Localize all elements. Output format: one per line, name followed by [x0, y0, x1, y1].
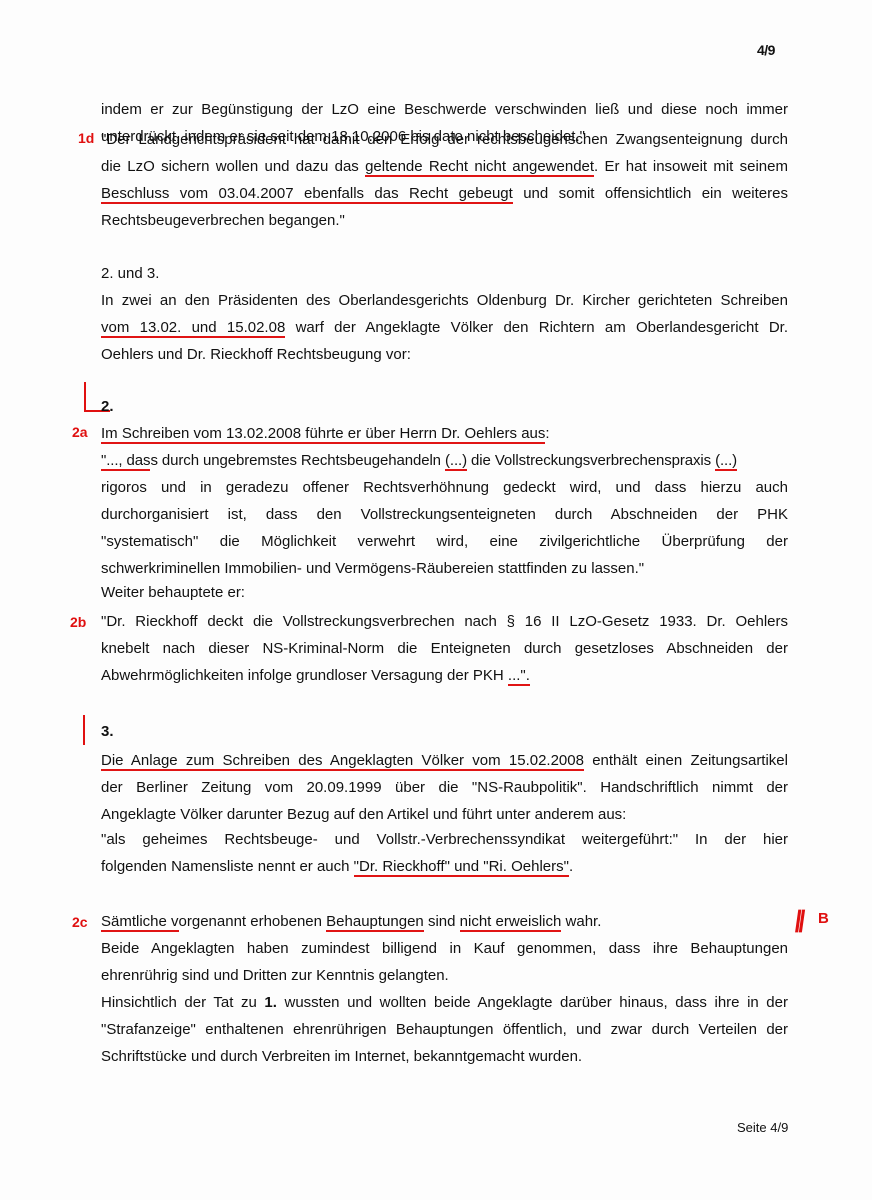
red-underline: (...) — [715, 452, 737, 471]
text-line: indem er zur Begünstigung der LzO eine B… — [101, 100, 788, 120]
annotation-double-bar: || — [793, 906, 804, 934]
text-line: In zwei an den Präsidenten des Oberlande… — [101, 291, 788, 311]
red-underline: geltende Recht nicht angewendet — [365, 158, 594, 177]
text-line: der Berliner Zeitung vom 20.09.1999 über… — [101, 778, 788, 798]
red-underline: Behauptungen — [326, 913, 424, 932]
text-line: Abwehrmöglichkeiten infolge grundloser V… — [101, 666, 788, 686]
text-line: rigoros und in geradezu offener Rechtsve… — [101, 478, 788, 498]
text-line: Schriftstücke und durch Verbreiten im In… — [101, 1047, 788, 1067]
text-line: durchorganisiert ist, dass den Vollstrec… — [101, 505, 788, 525]
annotation-2c: 2c — [72, 914, 88, 930]
text-line: Beschluss vom 03.04.2007 ebenfalls das R… — [101, 184, 788, 204]
red-underline: ...". — [508, 667, 530, 686]
text-line: "als geheimes Rechtsbeuge- und Vollstr.-… — [101, 830, 788, 850]
annotation-2a: 2a — [72, 424, 88, 440]
text-line: folgenden Namensliste nennt er auch "Dr.… — [101, 857, 788, 877]
text-line: "Dr. Rieckhoff deckt die Vollstreckungsv… — [101, 612, 788, 632]
red-underline: Sämtliche v — [101, 913, 179, 932]
text-line: Oehlers und Dr. Rieckhoff Rechtsbeugung … — [101, 345, 788, 365]
section-heading: 2. und 3. — [101, 264, 788, 284]
text-line: die LzO sichern wollen und dazu das gelt… — [101, 157, 788, 177]
page-number-footer: Seite 4/9 — [737, 1120, 788, 1135]
text-line: schwerkriminellen Immobilien- und Vermög… — [101, 559, 788, 579]
annotation-2b: 2b — [70, 614, 86, 630]
annotation-1d: 1d — [78, 130, 94, 146]
text-line: "..., dass durch ungebremstes Rechtsbeug… — [101, 451, 788, 471]
text-line: Angeklagte Völker darunter Bezug auf den… — [101, 805, 788, 825]
text-line: Weiter behauptete er: — [101, 583, 788, 603]
red-bracket-mark — [84, 382, 86, 412]
text-line: "Der Landgerichtspräsident hat damit den… — [101, 130, 788, 150]
red-underline: (...) — [445, 452, 467, 471]
document-page: 4/9 indem er zur Begünstigung der LzO ei… — [0, 0, 872, 1200]
text-line: "Strafanzeige" enthaltenen ehrenrührigen… — [101, 1020, 788, 1040]
section-heading: 2. — [101, 397, 788, 417]
text-line: "systematisch" die Möglichkeit verwehrt … — [101, 532, 788, 552]
red-underline: "..., das — [101, 452, 150, 471]
red-underline: Die Anlage zum Schreiben des Angeklagten… — [101, 752, 584, 771]
red-underline: "Dr. Rieckhoff" und "Ri. Oehlers" — [354, 858, 569, 877]
text-line: ehrenrührig sind und Dritten zur Kenntni… — [101, 966, 788, 986]
text-line: knebelt nach dieser NS-Kriminal-Norm die… — [101, 639, 788, 659]
red-underline: vom 13.02. und 15.02.08 — [101, 319, 285, 338]
text-line: vom 13.02. und 15.02.08 warf der Angekla… — [101, 318, 788, 338]
text-line: Beide Angeklagten haben zumindest billig… — [101, 939, 788, 959]
text-line: Hinsichtlich der Tat zu 1. wussten und w… — [101, 993, 788, 1013]
red-underline: Im Schreiben vom 13.02.2008 führte er üb… — [101, 425, 545, 444]
text-line: Sämtliche vorgenannt erhobenen Behauptun… — [101, 912, 788, 932]
red-underline: Beschluss vom 03.04.2007 ebenfalls das R… — [101, 185, 513, 204]
red-margin-bar — [83, 715, 85, 745]
section-heading: 3. — [101, 722, 788, 742]
red-underline: nicht erweislich — [460, 913, 562, 932]
annotation-b: B — [818, 910, 829, 927]
text-line: Rechtsbeugeverbrechen begangen." — [101, 211, 788, 231]
text-line: Die Anlage zum Schreiben des Angeklagten… — [101, 751, 788, 771]
page-number-header: 4/9 — [757, 42, 775, 58]
text-line: Im Schreiben vom 13.02.2008 führte er üb… — [101, 424, 788, 444]
